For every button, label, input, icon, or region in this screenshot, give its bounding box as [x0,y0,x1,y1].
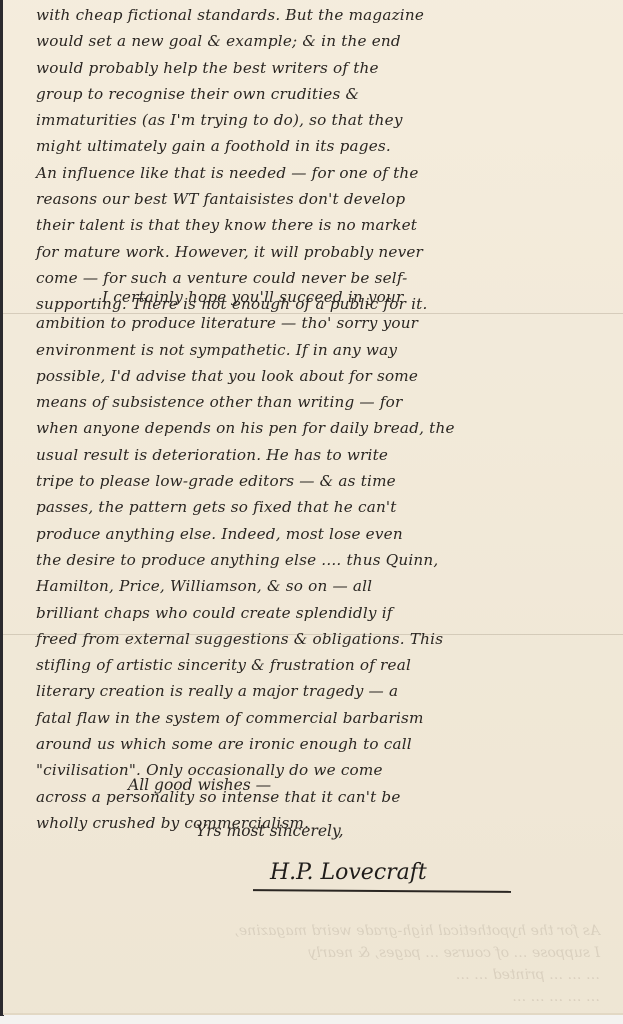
paragraph-2: I certainly hope you'll succeed in your … [36,284,616,836]
text-line: environment is not sympathetic. If in an… [36,337,616,363]
text-line: reasons our best WT fantaisistes don't d… [36,186,616,212]
closing-wishes: All good wishes — [128,776,271,794]
text-line: tripe to please low-grade editors — & as… [36,468,616,494]
paragraph-1: with cheap fictional standards. But the … [36,2,616,318]
text-line: would probably help the best writers of … [36,55,616,81]
text-line: I certainly hope you'll succeed in your [36,284,616,310]
text-line: stifling of artistic sincerity & frustra… [36,652,616,678]
text-line: the desire to produce anything else ....… [36,547,616,573]
text-line: would set a new goal & example; & in the… [36,28,616,54]
text-line: when anyone depends on his pen for daily… [36,415,616,441]
text-line: around us which some are ironic enough t… [36,731,616,757]
text-line: possible, I'd advise that you look about… [36,363,616,389]
text-line: "civilisation". Only occasionally do we … [36,757,616,783]
text-line: ambition to produce literature — tho' so… [36,310,616,336]
text-line: their talent is that they know there is … [36,212,616,238]
text-line: brilliant chaps who could create splendi… [36,600,616,626]
text-line: immaturities (as I'm trying to do), so t… [36,107,616,133]
text-line: An influence like that is needed — for o… [36,160,616,186]
bleed-through-text: As for the hypothetical high-grade weird… [60,920,600,1008]
text-line: across a personality so intense that it … [36,784,616,810]
text-line: for mature work. However, it will probab… [36,239,616,265]
valediction: Yrs most sincerely, [196,822,344,840]
text-line: freed from external suggestions & obliga… [36,626,616,652]
text-line: fatal flaw in the system of commercial b… [36,705,616,731]
text-line: literary creation is really a major trag… [36,678,616,704]
text-line: Hamilton, Price, Williamson, & so on — a… [36,573,616,599]
text-line: group to recognise their own crudities & [36,81,616,107]
text-line: passes, the pattern gets so fixed that h… [36,494,616,520]
text-line: usual result is deterioration. He has to… [36,442,616,468]
text-line: produce anything else. Indeed, most lose… [36,521,616,547]
text-line: means of subsistence other than writing … [36,389,616,415]
text-line: might ultimately gain a foothold in its … [36,133,616,159]
text-line: with cheap fictional standards. But the … [36,2,616,28]
signature: H.P. Lovecraft [270,860,427,885]
